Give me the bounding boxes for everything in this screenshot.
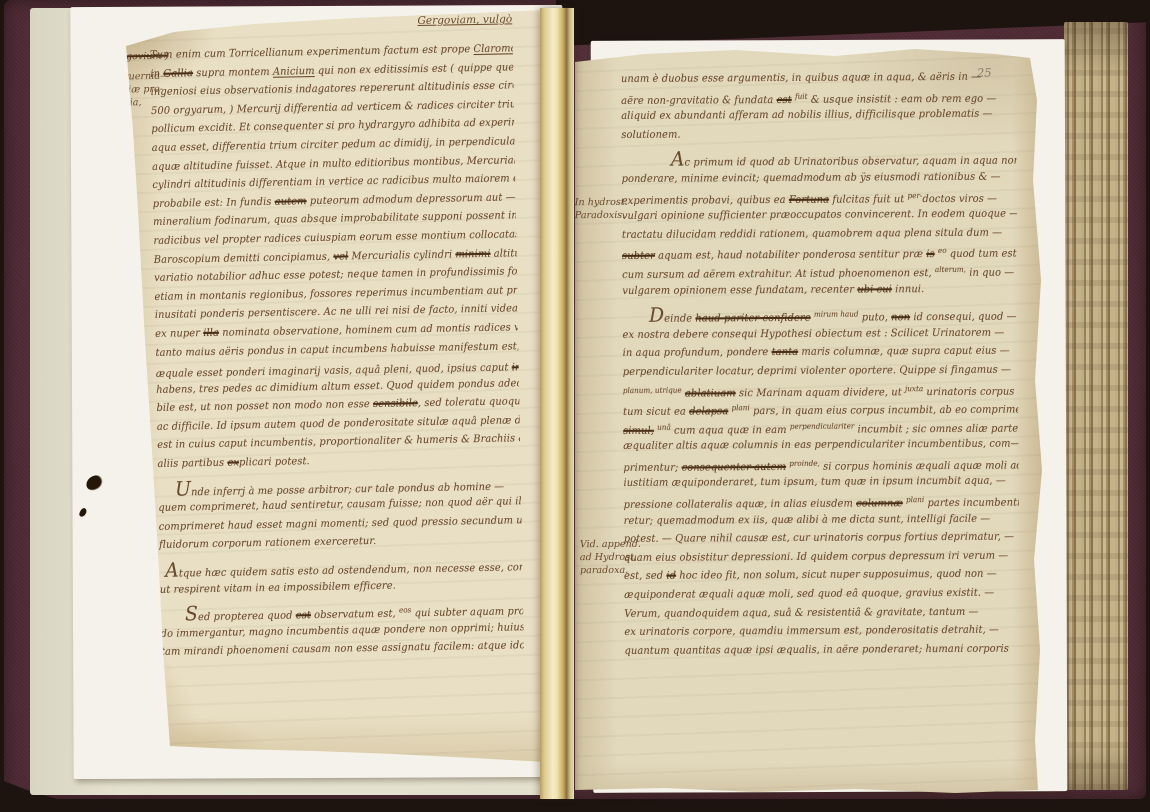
fore-edge-page-stack <box>1064 22 1128 790</box>
manuscript-line: tum sicut ea delapsa plani pars, in quam… <box>623 398 1018 419</box>
struck-text: simul, <box>623 424 654 436</box>
interline-insertion: unâ <box>657 422 671 431</box>
manuscript-line: unam è duobus esse argumentis, in quibus… <box>621 67 1016 88</box>
struck-text: columnæ <box>856 497 903 509</box>
manuscript-line: cum sursum ad aërem extrahitur. At istud… <box>622 260 1017 281</box>
interline-insertion: planum, utrique <box>623 385 682 394</box>
photo-backdrop: Gergoviam, vulgò Gergovium ) e Aruernia—… <box>0 0 1150 812</box>
interline-insertion: alterum, <box>935 265 966 274</box>
manuscript-line: quam eius obsistitur depressioni. Id qui… <box>624 546 1019 567</box>
manuscript-line: pressione collateralis aquæ, in alias ei… <box>623 491 1018 512</box>
interline-insertion: proinde, <box>789 459 820 468</box>
left-manuscript-page: Gergoviam, vulgò Gergovium ) e Aruernia—… <box>114 10 548 766</box>
interline-insertion: eos <box>399 605 411 614</box>
manuscript-line: retur; quemadmodum ex iis, quæ alibi à m… <box>624 509 1019 530</box>
manuscript-line: solutionem. <box>621 123 1016 144</box>
left-page-text: Tum enim cum Torricellianum experimentum… <box>150 39 543 662</box>
manuscript-line: Ac primum id quod ab Urinatoribus observ… <box>621 149 1016 170</box>
underlined-text: Anicium <box>273 65 315 78</box>
right-page-text: unam è duobus esse argumentis, in quibus… <box>621 67 1041 660</box>
manuscript-line: æquiponderat æquali aquæ moli, sed quod … <box>624 583 1019 604</box>
manuscript-line: experimentis probavi, quibus ea Fortuna … <box>622 186 1017 207</box>
struck-text: illa <box>203 327 219 339</box>
manuscript-line: potest. — Quare nihil causæ est, cur uri… <box>624 528 1019 549</box>
struck-text: intra <box>512 361 519 373</box>
manuscript-line: Verum, quandoquidem aqua, suâ & resisten… <box>624 602 1019 623</box>
manuscript-line: in aqua profundum, pondere tanta maris c… <box>623 342 1018 363</box>
struck-text: tanta <box>772 346 799 358</box>
struck-text: subter <box>622 250 655 262</box>
manuscript-line: quantum quantitas aquæ ipsi æqualis, in … <box>624 639 1019 660</box>
manuscript-line: aliquid ex abundanti afferam ad nobilis … <box>621 105 1016 126</box>
struck-text: est <box>296 609 311 621</box>
manuscript-line: vulgarem opinionem esse fundatam, recent… <box>622 279 1017 300</box>
interline-insertion: eo <box>938 246 947 255</box>
struck-text: Gallia <box>163 67 193 80</box>
struck-text: non <box>891 311 910 323</box>
gutter-binding-strip <box>540 8 574 799</box>
struck-text: haud pariter confidere <box>695 312 810 325</box>
struck-text: Fortuna <box>789 193 829 205</box>
struck-text: autem <box>275 195 307 208</box>
struck-text: is <box>926 248 934 260</box>
manuscript-line: tractatu dilucidam reddidi rationem, qua… <box>622 223 1017 244</box>
struck-text: ablatiuam <box>685 387 736 399</box>
struck-text: minimi <box>455 247 490 260</box>
manuscript-line: primentur; consequenter autem proinde, s… <box>623 453 1018 474</box>
manuscript-line: est, sed id hoc ideo fit, non solum, sic… <box>624 565 1019 586</box>
struck-text: vel <box>333 250 348 262</box>
right-manuscript-page: 25 In hydrost. Paradoxis. Vid. append. a… <box>575 40 1045 800</box>
manuscript-line: aëre non-gravitatio & fundata est fuit &… <box>621 86 1016 107</box>
header-note: Gergoviam, vulgò <box>417 13 512 27</box>
struck-text: ubi cui <box>857 283 892 295</box>
manuscript-line: subter aquam est, haud notabiliter ponde… <box>622 242 1017 263</box>
manuscript-line: simul, unâ cum aqua quæ in eam perpendic… <box>623 416 1018 437</box>
manuscript-line: ex nostra debere consequi Hypothesi obie… <box>622 323 1017 344</box>
manuscript-line: ponderare, minime evincit; quemadmodum a… <box>622 167 1017 188</box>
manuscript-line: perpendiculariter locatur, deprimi viole… <box>623 360 1018 381</box>
manuscript-line: planum, utrique ablatiuam sic Marinam aq… <box>623 379 1018 400</box>
manuscript-line: ex urinatoris corpore, quamdiu immersum … <box>624 621 1019 642</box>
interline-insertion: mirum haud <box>814 310 859 319</box>
manuscript-line: iustitiam æquiponderaret, tum ipsum, tum… <box>623 472 1018 493</box>
manuscript-line: Deinde haud pariter confidere mirum haud… <box>622 305 1017 326</box>
struck-text: id <box>666 570 676 582</box>
interline-insertion: fuit <box>795 91 808 100</box>
manuscript-line: æqualiter altis aquæ columnis in eas per… <box>623 435 1018 456</box>
margin-note-hydrost: In hydrost. Paradoxis. <box>575 196 628 222</box>
interline-insertion: per- <box>908 191 923 200</box>
underlined-text: Claromontium <box>473 42 513 55</box>
manuscript-line: vulgari opinione sufficienter præoccupat… <box>622 205 1017 226</box>
interline-insertion: juxta <box>905 384 923 393</box>
interline-insertion: plani <box>906 495 924 504</box>
struck-text: est <box>777 93 792 105</box>
struck-text: sensibile <box>373 397 418 410</box>
interline-insertion: plani <box>731 403 749 412</box>
struck-text: consequenter autem <box>682 461 786 474</box>
interline-insertion: perpendiculariter <box>790 421 855 430</box>
struck-text: delapsa <box>689 405 728 417</box>
struck-text: ex <box>227 456 239 468</box>
